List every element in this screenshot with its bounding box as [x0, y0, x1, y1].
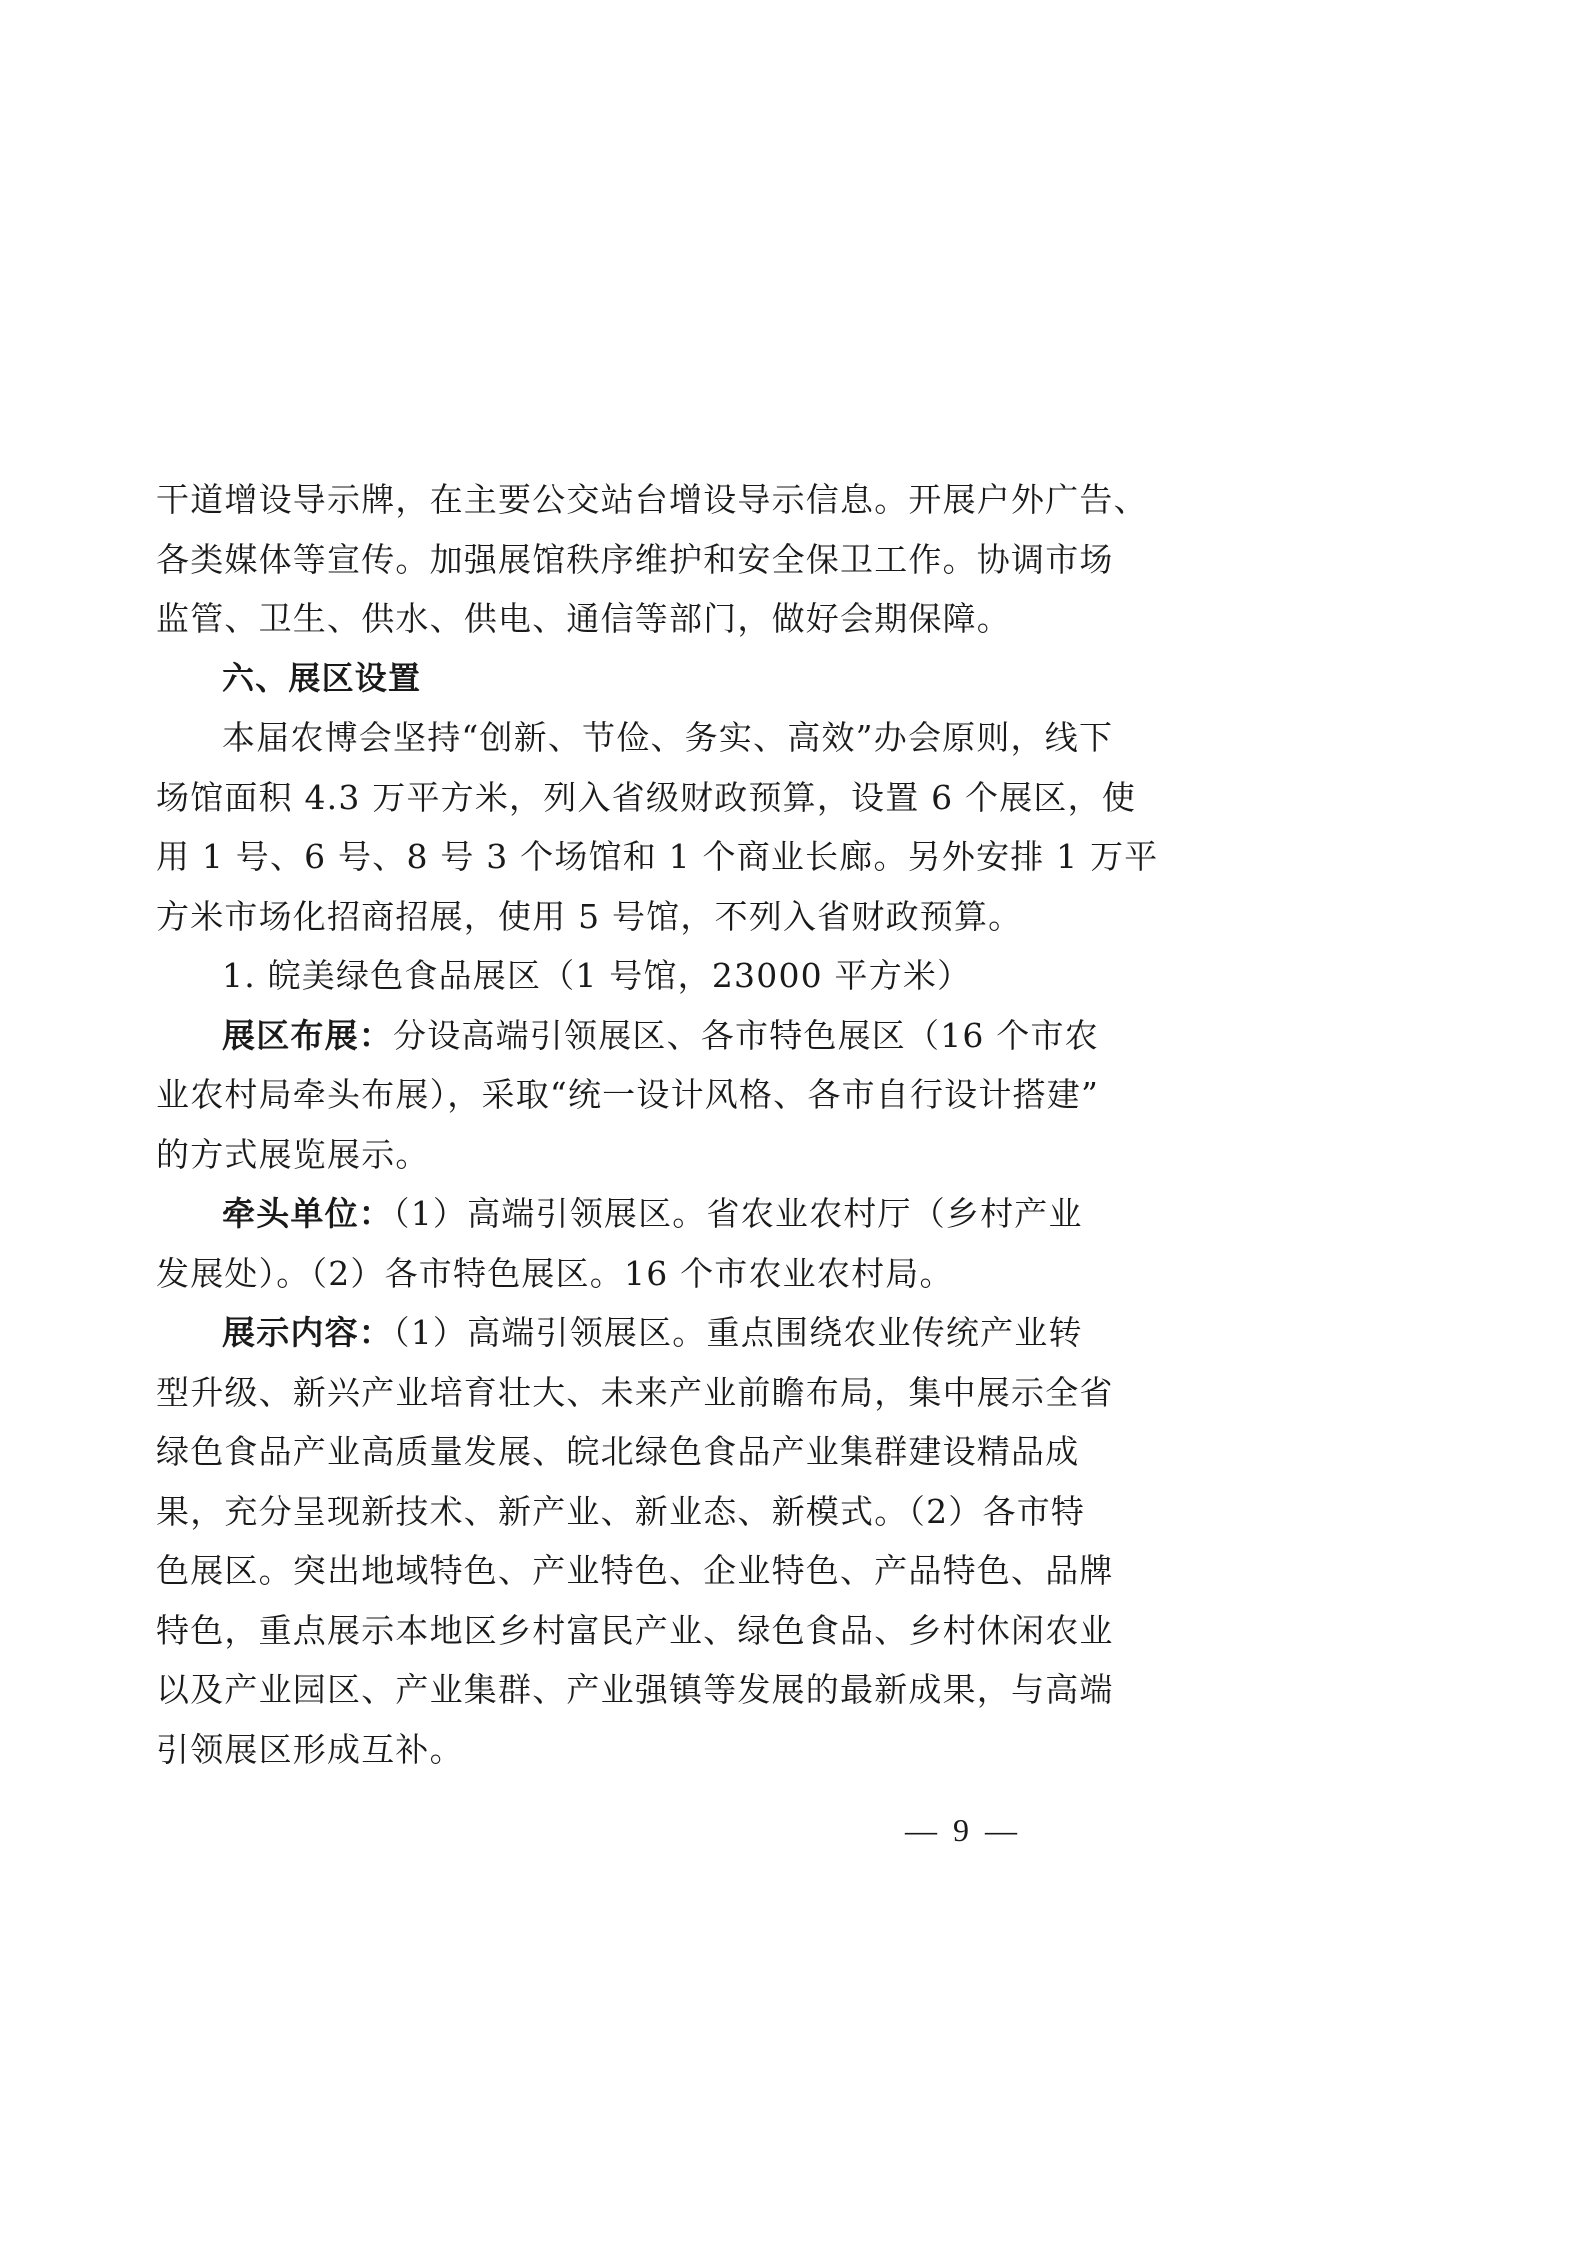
- section-heading: 六、展区设置: [156, 649, 1056, 709]
- content-paragraph-first: 展示内容：（1）高端引领展区。重点围绕农业传统产业转: [156, 1303, 1056, 1363]
- content-label: 展示内容：: [222, 1313, 393, 1352]
- intro-line: 方米市场化招商招展，使用 5 号馆，不列入省财政预算。: [156, 887, 1056, 947]
- content-line: 绿色食品产业高质量发展、皖北绿色食品产业集群建设精品成: [156, 1422, 1056, 1482]
- content-text: （1）高端引领展区。重点围绕农业传统产业转: [393, 1313, 1083, 1352]
- intro-line: 用 1 号、6 号、8 号 3 个场馆和 1 个商业长廊。另外安排 1 万平: [156, 827, 1056, 887]
- content-line: 果，充分呈现新技术、新产业、新业态、新模式。（2）各市特: [156, 1482, 1056, 1542]
- lead-units-line: 发展处）。（2）各市特色展区。16 个市农业农村局。: [156, 1244, 1056, 1304]
- layout-paragraph-first: 展区布展：分设高端引领展区、各市特色展区（16 个市农: [156, 1006, 1056, 1066]
- document-body: 干道增设导示牌，在主要公交站台增设导示信息。开展户外广告、 各类媒体等宣传。加强…: [156, 470, 1056, 1779]
- paragraph-line: 干道增设导示牌，在主要公交站台增设导示信息。开展户外广告、: [156, 470, 1056, 530]
- intro-line: 场馆面积 4.3 万平方米，列入省级财政预算，设置 6 个展区，使: [156, 768, 1056, 828]
- lead-units-text: （1）高端引领展区。省农业农村厅（乡村产业: [393, 1194, 1083, 1233]
- content-line: 型升级、新兴产业培育壮大、未来产业前瞻布局，集中展示全省: [156, 1363, 1056, 1423]
- content-line: 引领展区形成互补。: [156, 1720, 1056, 1780]
- intro-line: 本届农博会坚持“创新、节俭、务实、高效”办会原则，线下: [156, 708, 1056, 768]
- layout-label: 展区布展：: [222, 1016, 393, 1055]
- page-number: — 9 —: [905, 1812, 1021, 1849]
- lead-units-label: 牵头单位：: [222, 1194, 393, 1233]
- subsection-title: 1. 皖美绿色食品展区（1 号馆，23000 平方米）: [156, 946, 1056, 1006]
- content-line: 以及产业园区、产业集群、产业强镇等发展的最新成果，与高端: [156, 1660, 1056, 1720]
- layout-line: 业农村局牵头布展），采取“统一设计风格、各市自行设计搭建”: [156, 1065, 1056, 1125]
- layout-text: 分设高端引领展区、各市特色展区（16 个市农: [393, 1016, 1099, 1055]
- lead-units-paragraph-first: 牵头单位：（1）高端引领展区。省农业农村厅（乡村产业: [156, 1184, 1056, 1244]
- paragraph-line: 监管、卫生、供水、供电、通信等部门，做好会期保障。: [156, 589, 1056, 649]
- content-line: 特色，重点展示本地区乡村富民产业、绿色食品、乡村休闲农业: [156, 1601, 1056, 1661]
- paragraph-line: 各类媒体等宣传。加强展馆秩序维护和安全保卫工作。协调市场: [156, 530, 1056, 590]
- layout-line: 的方式展览展示。: [156, 1125, 1056, 1185]
- content-line: 色展区。突出地域特色、产业特色、企业特色、产品特色、品牌: [156, 1541, 1056, 1601]
